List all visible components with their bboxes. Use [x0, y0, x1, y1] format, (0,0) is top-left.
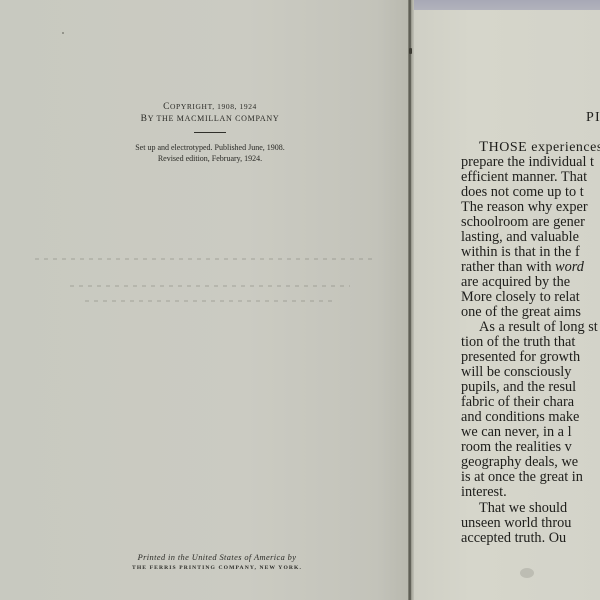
line-text: experiences o: [527, 140, 600, 155]
ink-show-through: [85, 300, 335, 302]
line-text: rather than with: [461, 259, 555, 275]
printer-name-line: THE FERRIS PRINTING COMPANY, NEW YORK.: [112, 565, 322, 571]
publisher-name: THE MACMILLAN COMPANY: [154, 114, 279, 123]
copyright-line: COPYRIGHT, 1908, 1924: [100, 102, 320, 112]
by-initial: B: [141, 114, 148, 124]
printer-imprint: Printed in the United States of America …: [112, 553, 322, 571]
publisher-line: BY THE MACMILLAN COMPANY: [100, 114, 320, 124]
paper-smudge: [520, 568, 534, 578]
preface-heading: PI: [586, 110, 600, 126]
binding-stitch: [409, 48, 412, 54]
divider-rule: [194, 132, 226, 133]
copyright-initial: C: [163, 102, 170, 112]
ink-show-through: [35, 258, 375, 260]
copyright-word: OPYRIGHT: [170, 102, 212, 111]
paper-speck: [62, 32, 64, 34]
copyright-years: , 1908, 1924: [212, 102, 257, 111]
italic-word: word: [555, 259, 584, 275]
revised-edition-line: Revised edition, February, 1924.: [100, 153, 320, 164]
copyright-notice: COPYRIGHT, 1908, 1924 BY THE MACMILLAN C…: [100, 102, 320, 164]
printed-in-line: Printed in the United States of America …: [112, 553, 322, 562]
publication-line: Set up and electrotyped. Published June,…: [100, 142, 320, 153]
left-page-copyright: COPYRIGHT, 1908, 1924 BY THE MACMILLAN C…: [0, 0, 410, 600]
text-line: accepted truth. Ou: [461, 530, 566, 547]
ink-show-through: [70, 285, 350, 287]
open-book-scan: COPYRIGHT, 1908, 1924 BY THE MACMILLAN C…: [0, 0, 600, 600]
drop-initial: T: [479, 139, 489, 155]
smallcaps-word: HOSE: [489, 140, 528, 155]
text-line: interest.: [461, 484, 507, 501]
